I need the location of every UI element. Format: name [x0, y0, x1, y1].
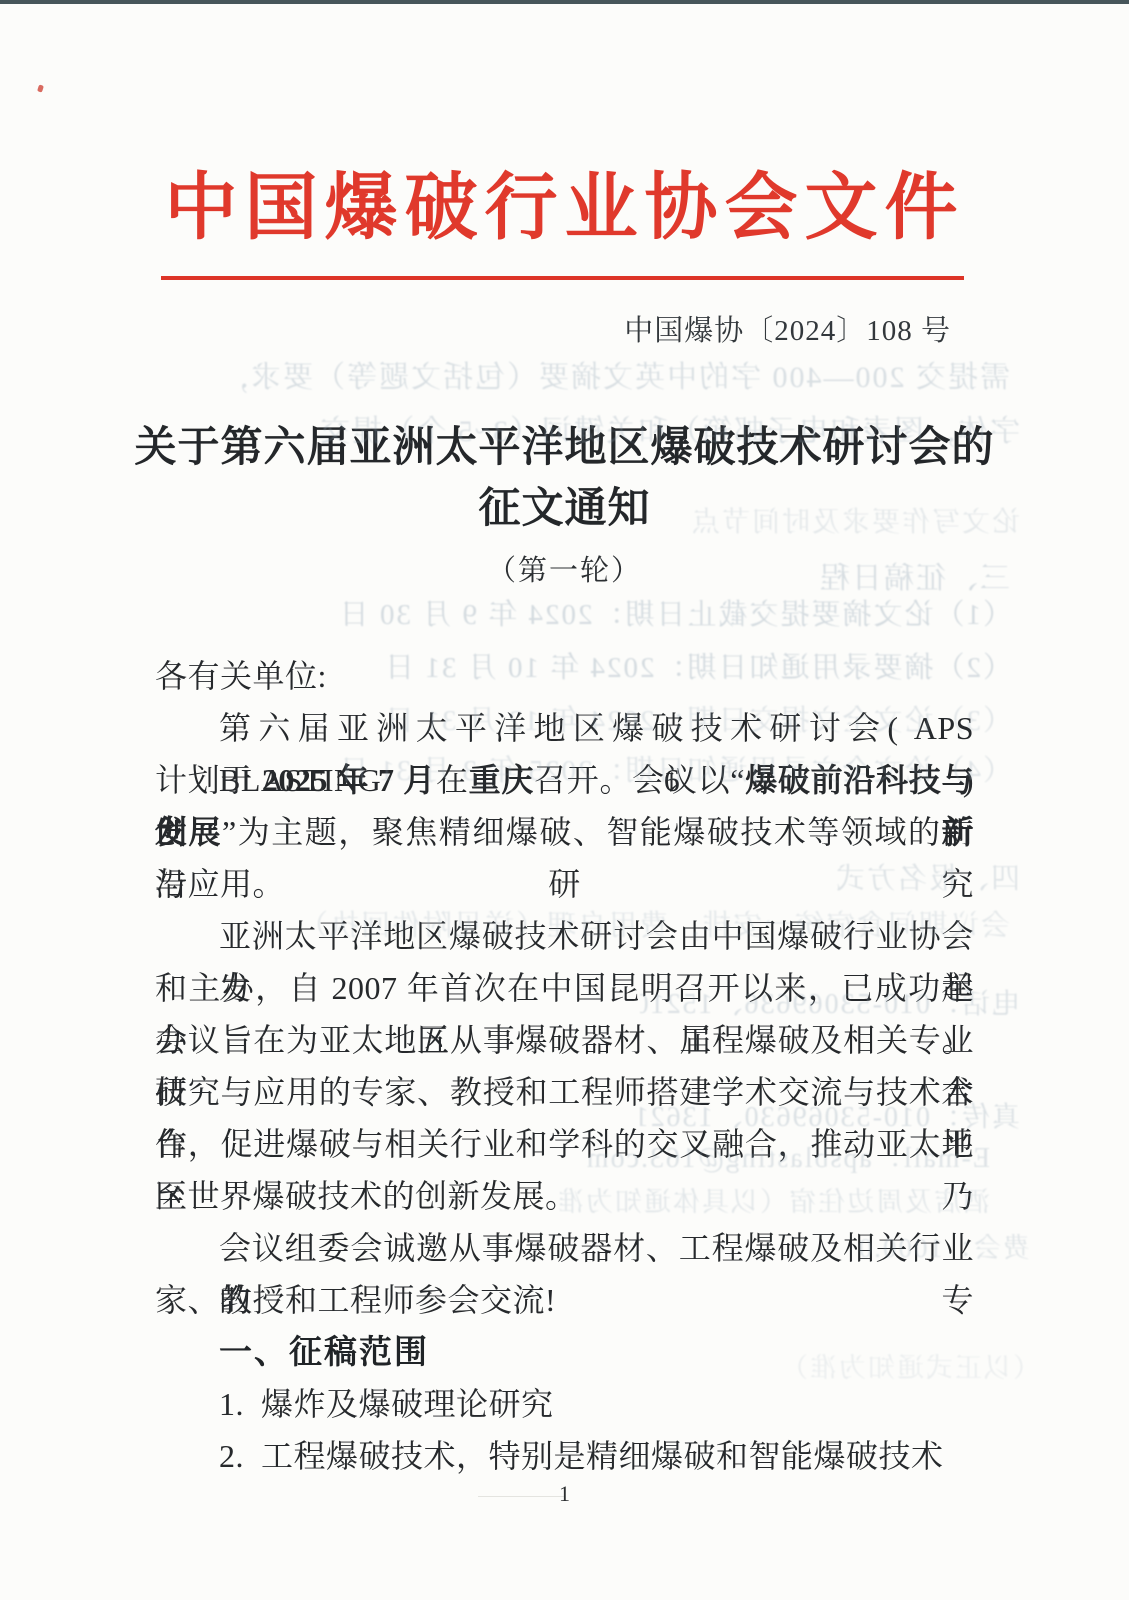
notice-body: 各有关单位:第六届亚洲太平洋地区爆破技术研讨会( APS BLASTING 6 …	[155, 650, 974, 1482]
header-divider-rule	[161, 276, 964, 280]
text-segment: 召开。会议以“	[534, 762, 745, 798]
bold-text-segment: 重庆	[469, 762, 534, 798]
notice-title-line1: 关于第六届亚洲太平洋地区爆破技术研讨会的	[0, 418, 1129, 479]
round-label: （第一轮）	[0, 548, 1129, 589]
page-number: 1	[0, 1481, 1129, 1507]
body-line: 1. 爆炸及爆破理论研究	[155, 1378, 974, 1430]
bold-text-segment: 发展	[155, 814, 222, 850]
body-line: 亚洲太平洋地区爆破技术研讨会由中国爆破行业协会发起	[155, 910, 974, 962]
scan-edge-artifact	[0, 0, 1129, 4]
body-line: 各有关单位:	[155, 650, 974, 702]
bleedthrough-line: 需提交 200—400 字的中英文摘要（包括文题等）要求，	[150, 352, 1010, 396]
bold-text-segment: 2025 年 7 月	[262, 762, 436, 798]
text-segment: 家、教授和工程师参会交流!	[155, 1282, 556, 1318]
document-header-title: 中国爆破行业协会文件	[0, 148, 1129, 253]
red-ink-speck	[37, 84, 44, 92]
section-heading: 一、征稿范围	[155, 1326, 974, 1378]
text-segment: 在	[436, 762, 469, 798]
document-number: 中国爆协〔2024〕108 号	[624, 308, 951, 349]
notice-title-line2: 征文通知	[0, 479, 1129, 540]
body-line: 会议组委会诚邀从事爆破器材、工程爆破及相关行业的专	[155, 1222, 974, 1274]
text-segment: 各有关单位:	[155, 658, 327, 694]
body-line: 会议旨在为亚太地区从事爆破器材、工程爆破及相关专业技术	[155, 1014, 974, 1066]
body-line: 发展”为主题，聚焦精细爆破、智能爆破技术等领域的前沿研究	[155, 806, 974, 858]
text-segment: 2. 工程爆破技术，特别是精细爆破和智能爆破技术	[219, 1438, 944, 1474]
body-line: 和主办，自 2007 年首次在中国昆明召开以来，已成功举办五届。	[155, 962, 974, 1014]
bold-text-segment: 一、征稿范围	[219, 1333, 429, 1370]
body-line: 计划于 2025 年 7 月在重庆召开。会议以“爆破前沿科技与创新	[155, 754, 974, 806]
bleedthrough-line: （1）论文摘要提交截止日期：2024 年 9 月 30 日	[340, 592, 1012, 633]
text-segment: 计划于	[155, 762, 262, 798]
body-line: 2. 工程爆破技术，特别是精细爆破和智能爆破技术	[155, 1430, 974, 1482]
document-page: 中国爆破行业协会文件 中国爆协〔2024〕108 号 关于第六届亚洲太平洋地区爆…	[0, 0, 1129, 1600]
text-segment: 至世界爆破技术的创新发展。	[155, 1178, 578, 1214]
body-line: 台，促进爆破与相关行业和学科的交叉融合，推动亚太地区乃	[155, 1118, 974, 1170]
body-line: 研究与应用的专家、教授和工程师搭建学术交流与技术合作平	[155, 1066, 974, 1118]
body-line: 第六届亚洲太平洋地区爆破技术研讨会( APS BLASTING 6 )	[155, 702, 974, 754]
notice-title: 关于第六届亚洲太平洋地区爆破技术研讨会的 征文通知	[0, 418, 1129, 540]
text-segment: 1. 爆炸及爆破理论研究	[219, 1386, 554, 1422]
text-segment: 与应用。	[155, 866, 285, 902]
